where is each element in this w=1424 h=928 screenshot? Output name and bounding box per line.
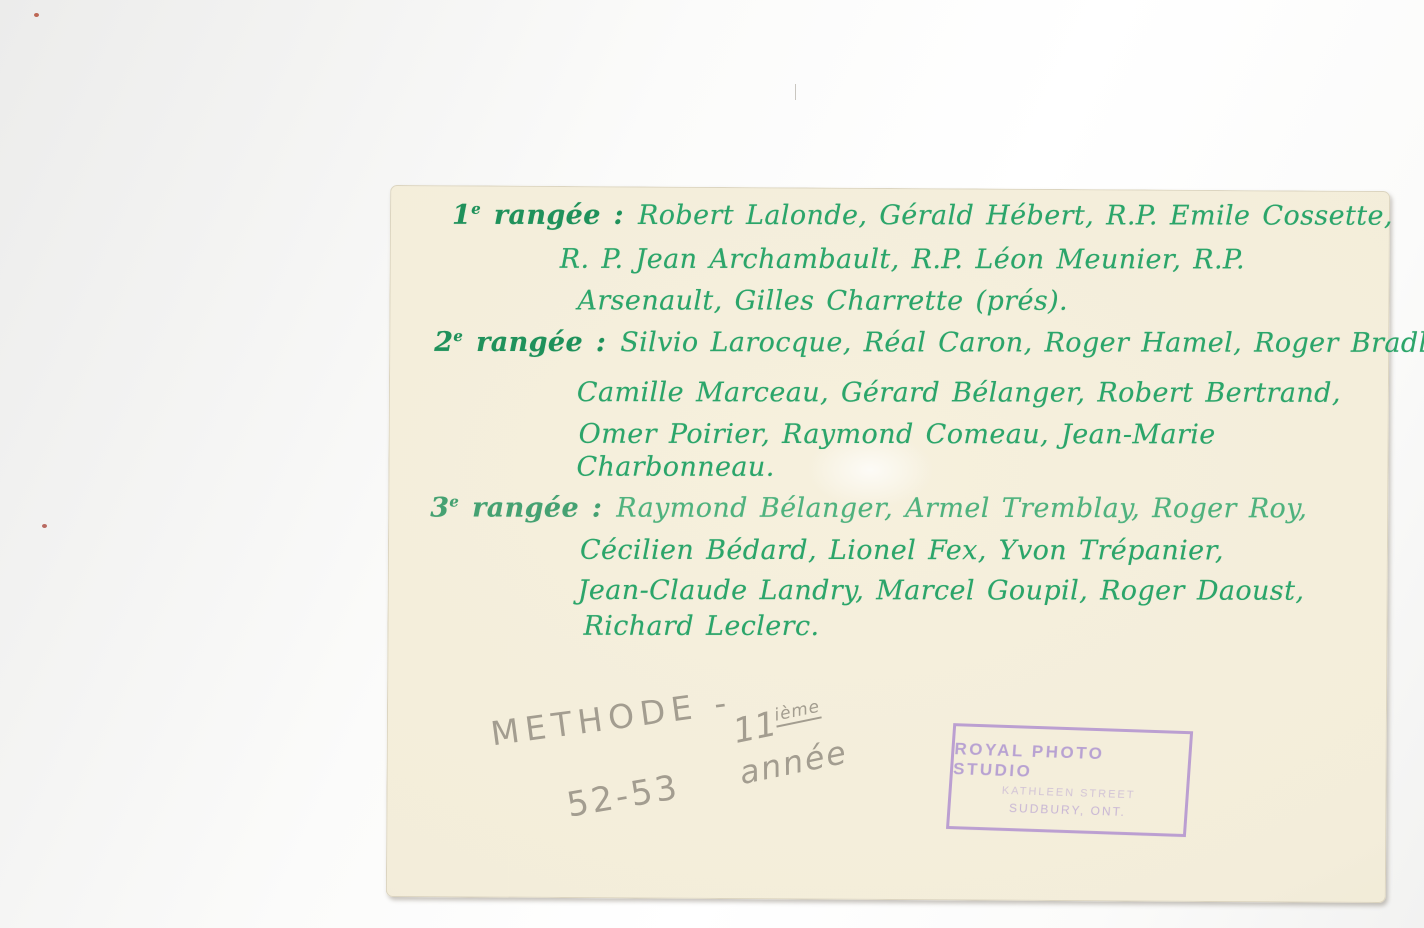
row3-names-1: Raymond Bélanger, Armel Tremblay, Roger … xyxy=(616,493,1307,525)
row1-label: 1e rangée : xyxy=(452,200,624,231)
handwritten-line: Omer Poirier, Raymond Comeau, Jean-Marie xyxy=(579,421,1216,449)
handwritten-line: R. P. Jean Archambault, R.P. Léon Meunie… xyxy=(560,246,1245,274)
scan-speck xyxy=(34,13,39,17)
pencil-subject-note: METHODE - xyxy=(488,682,734,753)
stamp-studio-name: ROYAL PHOTO STUDIO xyxy=(952,739,1189,787)
handwritten-line-row2: 2e rangée :Silvio Larocque, Réal Caron, … xyxy=(434,329,1424,357)
pencil-tick-mark xyxy=(795,84,796,100)
row1-ordinal: e xyxy=(471,200,481,218)
handwritten-line: Richard Leclerc. xyxy=(583,613,819,640)
row3-label: 3e rangée : xyxy=(430,492,602,523)
handwritten-line-row1: 1e rangée :Robert Lalonde, Gérald Hébert… xyxy=(452,202,1393,230)
row1-number: 1 xyxy=(452,200,471,231)
pencil-school-years: 52-53 xyxy=(564,767,683,826)
photo-back-card: 1e rangée :Robert Lalonde, Gérald Hébert… xyxy=(386,185,1390,903)
grade-suffix: ième xyxy=(773,697,823,728)
handwritten-line: Jean-Claude Landry, Marcel Goupil, Roger… xyxy=(578,577,1305,605)
handwritten-line-row3: 3e rangée :Raymond Bélanger, Armel Tremb… xyxy=(430,494,1307,522)
handwritten-line: Charbonneau. xyxy=(576,454,774,481)
scan-speck xyxy=(42,524,47,528)
row2-number: 2 xyxy=(434,327,453,358)
row3-word: rangée : xyxy=(472,493,602,524)
row3-number: 3 xyxy=(430,492,449,523)
row1-word: rangée : xyxy=(494,200,624,231)
photo-studio-stamp: ROYAL PHOTO STUDIO KATHLEEN STREET SUDBU… xyxy=(946,723,1193,837)
handwritten-line: Arsenault, Gilles Charrette (prés). xyxy=(577,287,1068,314)
row1-names-1: Robert Lalonde, Gérald Hébert, R.P. Emil… xyxy=(638,200,1393,232)
row3-ordinal: e xyxy=(449,493,459,511)
scanned-photo-back: { "ink_color": "#2ba56a", "ink_color_dar… xyxy=(0,0,1424,928)
handwritten-line: Camille Marceau, Gérard Bélanger, Robert… xyxy=(577,379,1341,407)
row2-ordinal: e xyxy=(453,327,463,345)
row2-word: rangée : xyxy=(476,327,606,358)
stamp-street: KATHLEEN STREET xyxy=(1001,785,1135,802)
row2-names-1: Silvio Larocque, Réal Caron, Roger Hamel… xyxy=(620,327,1424,359)
handwritten-line: Cécilien Bédard, Lionel Fex, Yvon Trépan… xyxy=(580,537,1224,565)
row2-label: 2e rangée : xyxy=(434,327,606,358)
stamp-city: SUDBURY, ONT. xyxy=(1009,801,1127,819)
